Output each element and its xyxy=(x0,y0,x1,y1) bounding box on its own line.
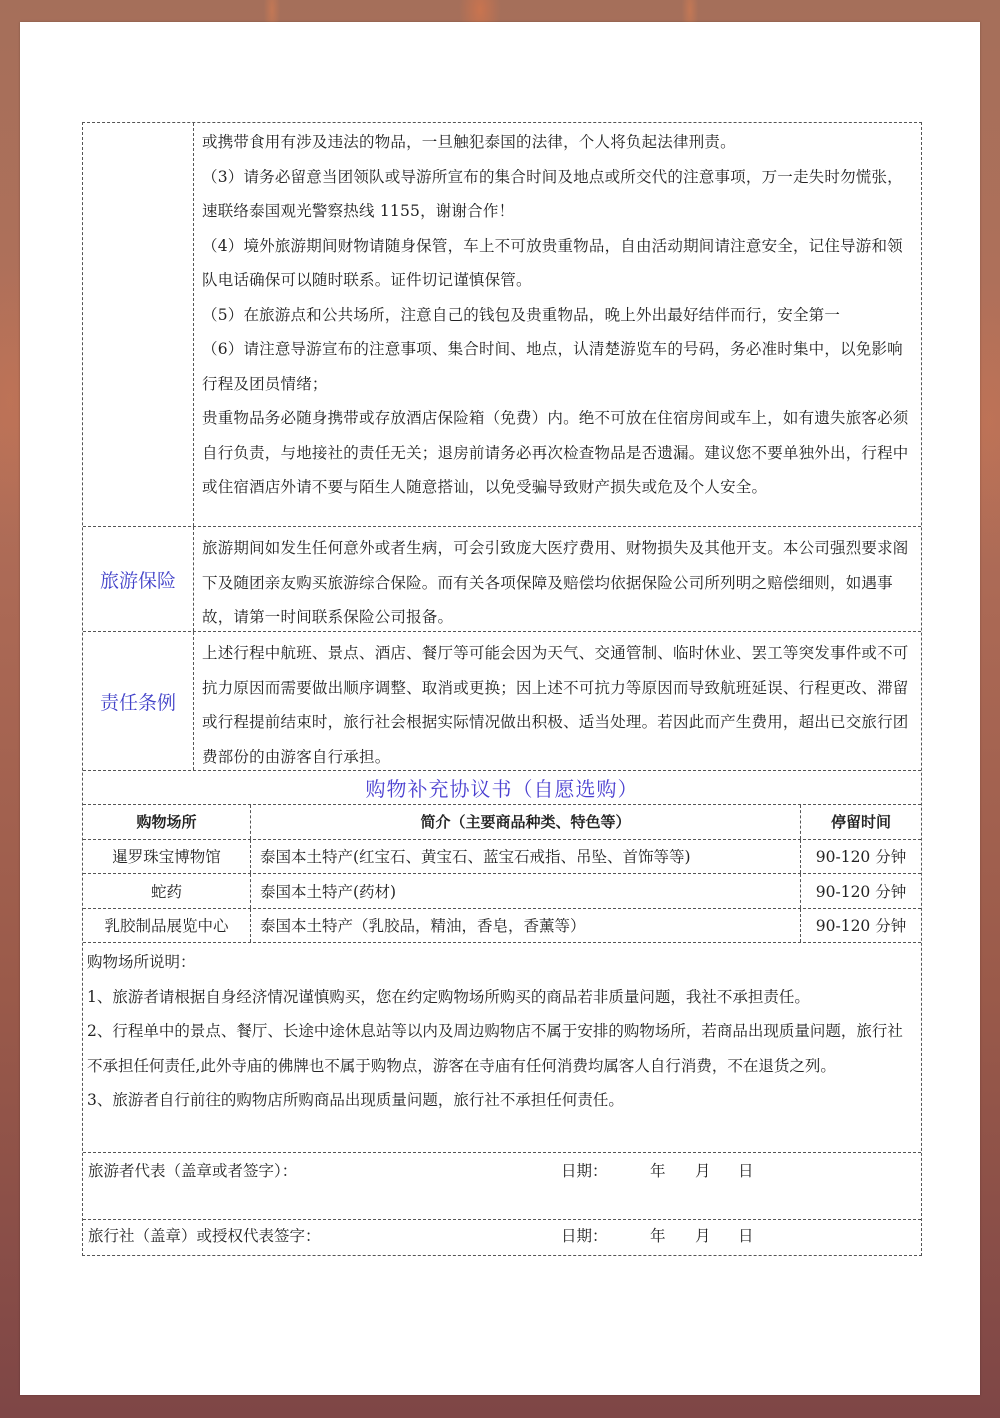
shopping-table-header: 购物场所 简介（主要商品种类、特色等） 停留时间 xyxy=(83,805,921,840)
year-label: 年 xyxy=(650,1224,666,1246)
safety-notes-label xyxy=(83,123,194,526)
shopping-table-row: 暹罗珠宝博物馆 泰国本土特产(红宝石、黄宝石、蓝宝石戒指、吊坠、首饰等等) 90… xyxy=(83,840,921,875)
shopping-note: 1、旅游者请根据自身经济情况谨慎购买，您在约定购物场所购买的商品若非质量问题，我… xyxy=(87,980,917,1015)
shop-place: 乳胶制品展览中心 xyxy=(83,909,251,943)
liability-label: 责任条例 xyxy=(83,632,194,770)
shopping-notes: 购物场所说明： 1、旅游者请根据自身经济情况谨慎购买，您在约定购物场所购买的商品… xyxy=(83,943,921,1153)
header-description: 简介（主要商品种类、特色等） xyxy=(251,805,801,839)
agreement-table: 或携带食用有涉及违法的物品，一旦触犯泰国的法律，个人将负起法律刑责。 （3）请务… xyxy=(82,122,922,1256)
insurance-row: 旅游保险 旅游期间如发生任何意外或者生病，可会引致庞大医疗费用、财物损失及其他开… xyxy=(83,527,921,632)
shop-place: 暹罗珠宝博物馆 xyxy=(83,840,251,874)
liability-text: 上述行程中航班、景点、酒店、餐厅等可能会因为天气、交通管制、临时休业、罢工等突发… xyxy=(194,632,921,770)
note-line: （4）境外旅游期间财物请随身保管，车上不可放贵重物品，自由活动期间请注意安全，记… xyxy=(202,229,915,298)
header-duration: 停留时间 xyxy=(801,805,921,839)
insurance-label: 旅游保险 xyxy=(83,527,194,631)
month-label: 月 xyxy=(695,1159,711,1181)
shop-description: 泰国本土特产(药材) xyxy=(251,874,801,908)
note-line: 或携带食用有涉及违法的物品，一旦触犯泰国的法律，个人将负起法律刑责。 xyxy=(202,125,915,160)
month-label: 月 xyxy=(695,1224,711,1246)
note-line: （6）请注意导游宣布的注意事项、集合时间、地点，认清楚游览车的号码，务必准时集中… xyxy=(202,332,915,401)
traveler-signature-label: 旅游者代表（盖章或者签字）： xyxy=(88,1159,297,1181)
note-line: 贵重物品务必随身携带或存放酒店保险箱（免费）内。绝不可放在住宿房间或车上，如有遗… xyxy=(202,401,915,505)
date-label: 日期： xyxy=(561,1224,608,1246)
agency-signature-label: 旅行社（盖章）或授权代表签字： xyxy=(88,1224,321,1246)
shop-duration: 90-120 分钟 xyxy=(801,840,921,874)
insurance-text: 旅游期间如发生任何意外或者生病，可会引致庞大医疗费用、财物损失及其他开支。本公司… xyxy=(194,527,921,631)
shop-duration: 90-120 分钟 xyxy=(801,874,921,908)
shopping-agreement-title: 购物补充协议书（自愿选购） xyxy=(83,771,921,805)
shopping-notes-title: 购物场所说明： xyxy=(87,945,917,980)
shop-duration: 90-120 分钟 xyxy=(801,909,921,943)
note-line: （3）请务必留意当团领队或导游所宣布的集合时间及地点或所交代的注意事项，万一走失… xyxy=(202,160,915,229)
shop-description: 泰国本土特产（乳胶品，精油，香皂，香薰等） xyxy=(251,909,801,943)
shopping-table-row: 乳胶制品展览中心 泰国本土特产（乳胶品，精油，香皂，香薰等） 90-120 分钟 xyxy=(83,909,921,944)
shop-description: 泰国本土特产(红宝石、黄宝石、蓝宝石戒指、吊坠、首饰等等) xyxy=(251,840,801,874)
date-label: 日期： xyxy=(561,1159,608,1181)
agency-signature-row: 旅行社（盖章）或授权代表签字： 日期： 年 月 日 xyxy=(83,1220,921,1255)
day-label: 日 xyxy=(738,1159,754,1181)
traveler-signature-row: 旅游者代表（盖章或者签字）： 日期： 年 月 日 xyxy=(83,1153,921,1220)
shop-place: 蛇药 xyxy=(83,874,251,908)
safety-notes-row: 或携带食用有涉及违法的物品，一旦触犯泰国的法律，个人将负起法律刑责。 （3）请务… xyxy=(83,123,921,527)
shopping-note: 2、行程单中的景点、餐厅、长途中途休息站等以内及周边购物店不属于安排的购物场所，… xyxy=(87,1014,917,1083)
shopping-table-row: 蛇药 泰国本土特产(药材) 90-120 分钟 xyxy=(83,874,921,909)
liability-row: 责任条例 上述行程中航班、景点、酒店、餐厅等可能会因为天气、交通管制、临时休业、… xyxy=(83,632,921,771)
note-line: （5）在旅游点和公共场所，注意自己的钱包及贵重物品，晚上外出最好结伴而行，安全第… xyxy=(202,298,915,333)
day-label: 日 xyxy=(738,1224,754,1246)
safety-notes-text: 或携带食用有涉及违法的物品，一旦触犯泰国的法律，个人将负起法律刑责。 （3）请务… xyxy=(194,123,921,526)
year-label: 年 xyxy=(650,1159,666,1181)
header-place: 购物场所 xyxy=(83,805,251,839)
shopping-note: 3、旅游者自行前往的购物店所购商品出现质量问题，旅行社不承担任何责任。 xyxy=(87,1083,917,1118)
